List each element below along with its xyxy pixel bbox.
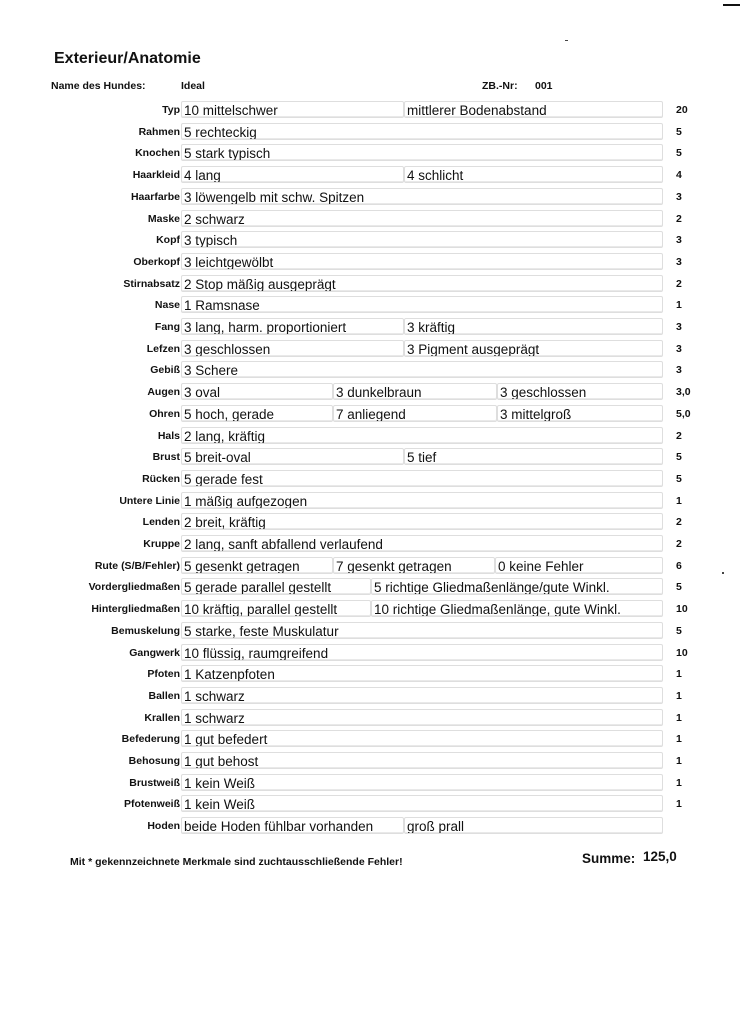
row-label: Bemuskelung <box>111 625 180 637</box>
table-row: Ohren5 hoch, gerade7 anliegend3 mittelgr… <box>0 405 744 427</box>
field-value[interactable]: 3 Schere <box>181 361 663 378</box>
row-score: 4 <box>676 169 682 181</box>
field-value[interactable]: 4 lang <box>181 166 404 183</box>
field-value[interactable]: 5 gerade parallel gestellt <box>181 578 371 595</box>
row-score: 1 <box>676 299 682 311</box>
row-label: Hals <box>158 430 180 442</box>
row-label: Brust <box>153 451 180 463</box>
field-value[interactable]: 3 kräftig <box>404 318 663 335</box>
row-score: 3 <box>676 321 682 333</box>
row-score: 2 <box>676 430 682 442</box>
dog-name-value: Ideal <box>181 80 205 92</box>
field-value[interactable]: 1 Ramsnase <box>181 296 663 313</box>
row-label: Fang <box>155 321 180 333</box>
field-value[interactable]: 7 anliegend <box>333 405 497 422</box>
row-score: 2 <box>676 538 682 550</box>
row-score: 20 <box>676 104 688 116</box>
row-score: 1 <box>676 755 682 767</box>
table-row: Kopf3 typisch3 <box>0 231 744 253</box>
field-value[interactable]: 5 richtige Gliedmaßenlänge/gute Winkl. <box>371 578 663 595</box>
row-label: Gebiß <box>150 364 180 376</box>
row-score: 1 <box>676 798 682 810</box>
field-value[interactable]: 2 breit, kräftig <box>181 513 663 530</box>
row-score: 5 <box>676 126 682 138</box>
field-value[interactable]: groß prall <box>404 817 663 834</box>
table-row: Bemuskelung5 starke, feste Muskulatur5 <box>0 622 744 644</box>
field-value[interactable]: 5 starke, feste Muskulatur <box>181 622 663 639</box>
field-value[interactable]: 10 richtige Gliedmaßenlänge, gute Winkl. <box>371 600 663 617</box>
row-label: Brustweiß <box>129 777 180 789</box>
row-label: Rute (S/B/Fehler) <box>95 560 180 572</box>
field-value[interactable]: 1 kein Weiß <box>181 795 663 812</box>
row-score: 6 <box>676 560 682 572</box>
field-value[interactable]: beide Hoden fühlbar vorhanden <box>181 817 404 834</box>
table-row: Stirnabsatz2 Stop mäßig ausgeprägt2 <box>0 275 744 297</box>
row-score: 5 <box>676 147 682 159</box>
table-row: Krallen1 schwarz1 <box>0 709 744 731</box>
field-value[interactable]: 5 rechteckig <box>181 123 663 140</box>
field-value[interactable]: 5 gerade fest <box>181 470 663 487</box>
zb-number-value: 001 <box>535 80 553 92</box>
row-label: Vordergliedmaßen <box>89 581 180 593</box>
row-label: Ballen <box>148 690 180 702</box>
row-label: Pfoten <box>147 668 180 680</box>
row-score: 5 <box>676 625 682 637</box>
table-row: Augen3 oval3 dunkelbraun3 geschlossen3,0 <box>0 383 744 405</box>
table-row: Hodenbeide Hoden fühlbar vorhandengroß p… <box>0 817 744 839</box>
table-row: Befederung1 gut befedert1 <box>0 730 744 752</box>
table-row: Haarfarbe3 löwengelb mit schw. Spitzen3 <box>0 188 744 210</box>
field-value[interactable]: 3 dunkelbraun <box>333 383 497 400</box>
row-score: 1 <box>676 733 682 745</box>
row-label: Stirnabsatz <box>123 278 180 290</box>
table-row: Pfoten1 Katzenpfoten1 <box>0 665 744 687</box>
field-value[interactable]: 1 schwarz <box>181 687 663 704</box>
table-row: Gangwerk10 flüssig, raumgreifend10 <box>0 644 744 666</box>
table-row: Behosung1 gut behost1 <box>0 752 744 774</box>
field-value[interactable]: 3 lang, harm. proportioniert <box>181 318 404 335</box>
field-value[interactable]: 5 tief <box>404 448 663 465</box>
field-value[interactable]: 10 kräftig, parallel gestellt <box>181 600 371 617</box>
row-label: Lenden <box>143 516 180 528</box>
footer-note: Mit * gekennzeichnete Merkmale sind zuch… <box>70 856 403 868</box>
row-label: Hintergliedmaßen <box>91 603 180 615</box>
row-label: Rücken <box>142 473 180 485</box>
table-row: Typ10 mittelschwermittlerer Bodenabstand… <box>0 101 744 123</box>
field-value[interactable]: 0 keine Fehler <box>495 557 663 574</box>
row-score: 3 <box>676 256 682 268</box>
row-label: Haarfarbe <box>131 191 180 203</box>
table-row: Untere Linie1 mäßig aufgezogen1 <box>0 492 744 514</box>
field-value[interactable]: 3 oval <box>181 383 333 400</box>
table-row: Hals2 lang, kräftig2 <box>0 427 744 449</box>
field-value[interactable]: 5 stark typisch <box>181 144 663 161</box>
table-row: Fang3 lang, harm. proportioniert3 kräfti… <box>0 318 744 340</box>
field-value[interactable]: 1 mäßig aufgezogen <box>181 492 663 509</box>
row-label: Rahmen <box>139 126 180 138</box>
row-label: Oberkopf <box>133 256 180 268</box>
field-value[interactable]: 3 mittelgroß <box>497 405 663 422</box>
row-label: Behosung <box>129 755 180 767</box>
row-label: Hoden <box>147 820 180 832</box>
table-row: Rute (S/B/Fehler)5 gesenkt getragen7 ges… <box>0 557 744 579</box>
field-value[interactable]: 1 gut behost <box>181 752 663 769</box>
field-value[interactable]: 10 flüssig, raumgreifend <box>181 644 663 661</box>
field-value[interactable]: 7 gesenkt getragen <box>333 557 495 574</box>
row-score: 3 <box>676 343 682 355</box>
field-value[interactable]: 5 breit-oval <box>181 448 404 465</box>
row-score: 3 <box>676 234 682 246</box>
table-row: Kruppe2 lang, sanft abfallend verlaufend… <box>0 535 744 557</box>
sum-value: 125,0 <box>643 849 677 864</box>
field-value[interactable]: 1 gut befedert <box>181 730 663 747</box>
sum-label: Summe: <box>582 851 635 866</box>
row-score: 3,0 <box>676 386 691 398</box>
row-score: 2 <box>676 278 682 290</box>
row-label: Knochen <box>135 147 180 159</box>
field-value[interactable]: 3 löwengelb mit schw. Spitzen <box>181 188 663 205</box>
table-row: Ballen1 schwarz1 <box>0 687 744 709</box>
page-title: Exterieur/Anatomie <box>54 50 201 68</box>
field-value[interactable]: mittlerer Bodenabstand <box>404 101 663 118</box>
row-label: Pfotenweiß <box>124 798 180 810</box>
row-score: 2 <box>676 213 682 225</box>
row-label: Kopf <box>156 234 180 246</box>
table-row: Haarkleid4 lang4 schlicht4 <box>0 166 744 188</box>
field-value[interactable]: 3 geschlossen <box>181 340 404 357</box>
row-label: Untere Linie <box>119 495 180 507</box>
scan-mark <box>723 4 740 6</box>
field-value[interactable]: 1 schwarz <box>181 709 663 726</box>
table-row: Rahmen5 rechteckig5 <box>0 123 744 145</box>
row-label: Nase <box>155 299 180 311</box>
row-score: 3 <box>676 191 682 203</box>
table-row: Lenden2 breit, kräftig2 <box>0 513 744 535</box>
row-score: 5 <box>676 451 682 463</box>
field-value[interactable]: 3 leichtgewölbt <box>181 253 663 270</box>
zb-number-label: ZB.-Nr: <box>482 80 518 92</box>
field-value[interactable]: 3 geschlossen <box>497 383 663 400</box>
row-score: 5 <box>676 581 682 593</box>
table-row: Rücken5 gerade fest5 <box>0 470 744 492</box>
row-label: Ohren <box>149 408 180 420</box>
table-row: Brustweiß1 kein Weiß1 <box>0 774 744 796</box>
row-score: 5,0 <box>676 408 691 420</box>
table-row: Vordergliedmaßen5 gerade parallel gestel… <box>0 578 744 600</box>
field-value[interactable]: 1 Katzenpfoten <box>181 665 663 682</box>
row-label: Haarkleid <box>133 169 180 181</box>
row-score: 1 <box>676 690 682 702</box>
row-score: 10 <box>676 603 688 615</box>
row-score: 2 <box>676 516 682 528</box>
table-row: Brust5 breit-oval5 tief5 <box>0 448 744 470</box>
field-value[interactable]: 1 kein Weiß <box>181 774 663 791</box>
field-value[interactable]: 2 Stop mäßig ausgeprägt <box>181 275 663 292</box>
table-row: Gebiß3 Schere3 <box>0 361 744 383</box>
row-score: 10 <box>676 647 688 659</box>
field-value[interactable]: 5 hoch, gerade <box>181 405 333 422</box>
table-row: Lefzen3 geschlossen3 Pigment ausgeprägt3 <box>0 340 744 362</box>
row-label: Krallen <box>144 712 180 724</box>
field-value[interactable]: 3 Pigment ausgeprägt <box>404 340 663 357</box>
row-score: 1 <box>676 712 682 724</box>
table-row: Nase1 Ramsnase1 <box>0 296 744 318</box>
table-row: Knochen5 stark typisch5 <box>0 144 744 166</box>
row-label: Befederung <box>122 733 180 745</box>
field-value[interactable]: 10 mittelschwer <box>181 101 404 118</box>
row-score: 1 <box>676 495 682 507</box>
row-label: Kruppe <box>143 538 180 550</box>
table-row: Oberkopf3 leichtgewölbt3 <box>0 253 744 275</box>
row-label: Gangwerk <box>129 647 180 659</box>
scan-speck <box>565 40 568 41</box>
row-score: 1 <box>676 777 682 789</box>
row-label: Augen <box>147 386 180 398</box>
row-score: 1 <box>676 668 682 680</box>
row-score: 5 <box>676 473 682 485</box>
row-label: Lefzen <box>147 343 180 355</box>
field-value[interactable]: 4 schlicht <box>404 166 663 183</box>
row-label: Maske <box>148 213 180 225</box>
row-score: 3 <box>676 364 682 376</box>
field-value[interactable]: 5 gesenkt getragen <box>181 557 333 574</box>
table-row: Pfotenweiß1 kein Weiß1 <box>0 795 744 817</box>
field-value[interactable]: 2 lang, kräftig <box>181 427 663 444</box>
field-value[interactable]: 2 lang, sanft abfallend verlaufend <box>181 535 663 552</box>
field-value[interactable]: 2 schwarz <box>181 210 663 227</box>
dog-name-label: Name des Hundes: <box>51 80 146 92</box>
table-row: Hintergliedmaßen10 kräftig, parallel ges… <box>0 600 744 622</box>
table-row: Maske2 schwarz2 <box>0 210 744 232</box>
row-label: Typ <box>162 104 180 116</box>
field-value[interactable]: 3 typisch <box>181 231 663 248</box>
